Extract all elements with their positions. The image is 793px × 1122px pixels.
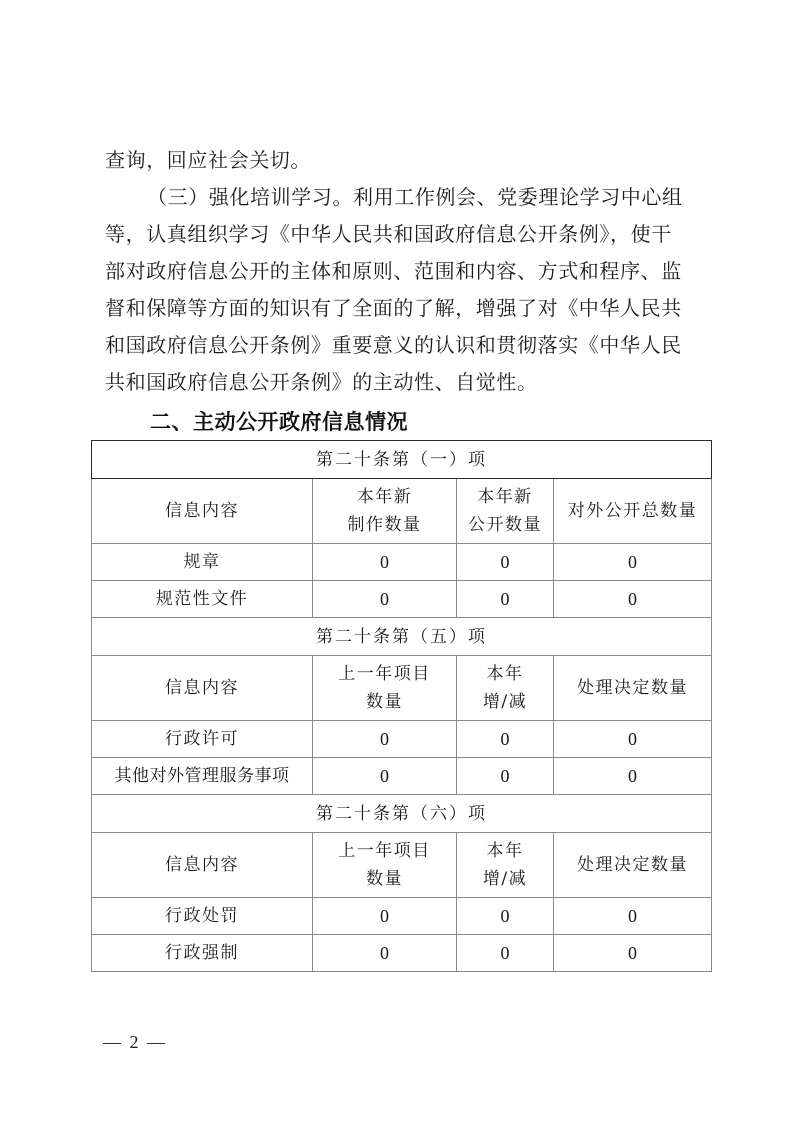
section-title-row: 第二十条第（五）项 <box>92 618 712 656</box>
table-row: 行政处罚 0 0 0 <box>92 898 712 935</box>
cell-value: 0 <box>313 898 457 935</box>
paragraph-line: 部对政府信息公开的主体和原则、范围和内容、方式和程序、监 <box>105 257 695 285</box>
column-header: 本年新制作数量 <box>313 479 457 544</box>
column-header: 信息内容 <box>92 479 313 544</box>
column-header: 对外公开总数量 <box>554 479 712 544</box>
row-label: 规范性文件 <box>92 581 313 618</box>
row-label: 其他对外管理服务事项 <box>92 758 313 795</box>
row-label: 行政处罚 <box>92 898 313 935</box>
row-label: 行政强制 <box>92 935 313 972</box>
column-header: 处理决定数量 <box>554 656 712 721</box>
header-row: 信息内容 上一年项目数量 本年增/减 处理决定数量 <box>92 833 712 898</box>
cell-value: 0 <box>457 758 554 795</box>
table-row: 规范性文件 0 0 0 <box>92 581 712 618</box>
table-row: 行政强制 0 0 0 <box>92 935 712 972</box>
cell-value: 0 <box>457 898 554 935</box>
column-header: 本年增/减 <box>457 833 554 898</box>
cell-value: 0 <box>457 544 554 581</box>
column-header: 上一年项目数量 <box>313 656 457 721</box>
section-title: 第二十条第（五）项 <box>92 618 712 656</box>
cell-value: 0 <box>313 581 457 618</box>
section-title: 第二十条第（一）项 <box>92 441 712 479</box>
cell-value: 0 <box>313 721 457 758</box>
cell-value: 0 <box>554 721 712 758</box>
paragraph-line: 共和国政府信息公开条例》的主动性、自觉性。 <box>105 368 695 396</box>
column-header: 上一年项目数量 <box>313 833 457 898</box>
cell-value: 0 <box>313 758 457 795</box>
cell-value: 0 <box>554 758 712 795</box>
section-title-row: 第二十条第（一）项 <box>92 441 712 479</box>
header-row: 信息内容 上一年项目数量 本年增/减 处理决定数量 <box>92 656 712 721</box>
page-number: — 2 — <box>103 1030 167 1054</box>
cell-value: 0 <box>313 544 457 581</box>
column-header: 本年增/减 <box>457 656 554 721</box>
table-row: 其他对外管理服务事项 0 0 0 <box>92 758 712 795</box>
section-title: 第二十条第（六）项 <box>92 795 712 833</box>
section-heading: 二、主动公开政府信息情况 <box>150 408 408 436</box>
cell-value: 0 <box>554 581 712 618</box>
cell-value: 0 <box>457 935 554 972</box>
table-row: 行政许可 0 0 0 <box>92 721 712 758</box>
cell-value: 0 <box>457 581 554 618</box>
column-header: 本年新公开数量 <box>457 479 554 544</box>
table-row: 规章 0 0 0 <box>92 544 712 581</box>
cell-value: 0 <box>457 721 554 758</box>
paragraph-line: 查询，回应社会关切。 <box>105 146 695 174</box>
header-row: 信息内容 本年新制作数量 本年新公开数量 对外公开总数量 <box>92 479 712 544</box>
paragraph-line: （三）强化培训学习。利用工作例会、党委理论学习中心组 <box>147 183 737 211</box>
column-header: 信息内容 <box>92 656 313 721</box>
column-header: 处理决定数量 <box>554 833 712 898</box>
paragraph-line: 等，认真组织学习《中华人民共和国政府信息公开条例》，使干 <box>105 220 695 248</box>
paragraph-line: 和国政府信息公开条例》重要意义的认识和贯彻落实《中华人民 <box>105 331 695 359</box>
column-header: 信息内容 <box>92 833 313 898</box>
disclosure-table: 第二十条第（一）项 信息内容 本年新制作数量 本年新公开数量 对外公开总数量 规… <box>91 440 712 972</box>
row-label: 行政许可 <box>92 721 313 758</box>
section-title-row: 第二十条第（六）项 <box>92 795 712 833</box>
row-label: 规章 <box>92 544 313 581</box>
cell-value: 0 <box>313 935 457 972</box>
cell-value: 0 <box>554 898 712 935</box>
cell-value: 0 <box>554 544 712 581</box>
cell-value: 0 <box>554 935 712 972</box>
paragraph-line: 督和保障等方面的知识有了全面的了解，增强了对《中华人民共 <box>105 294 695 322</box>
